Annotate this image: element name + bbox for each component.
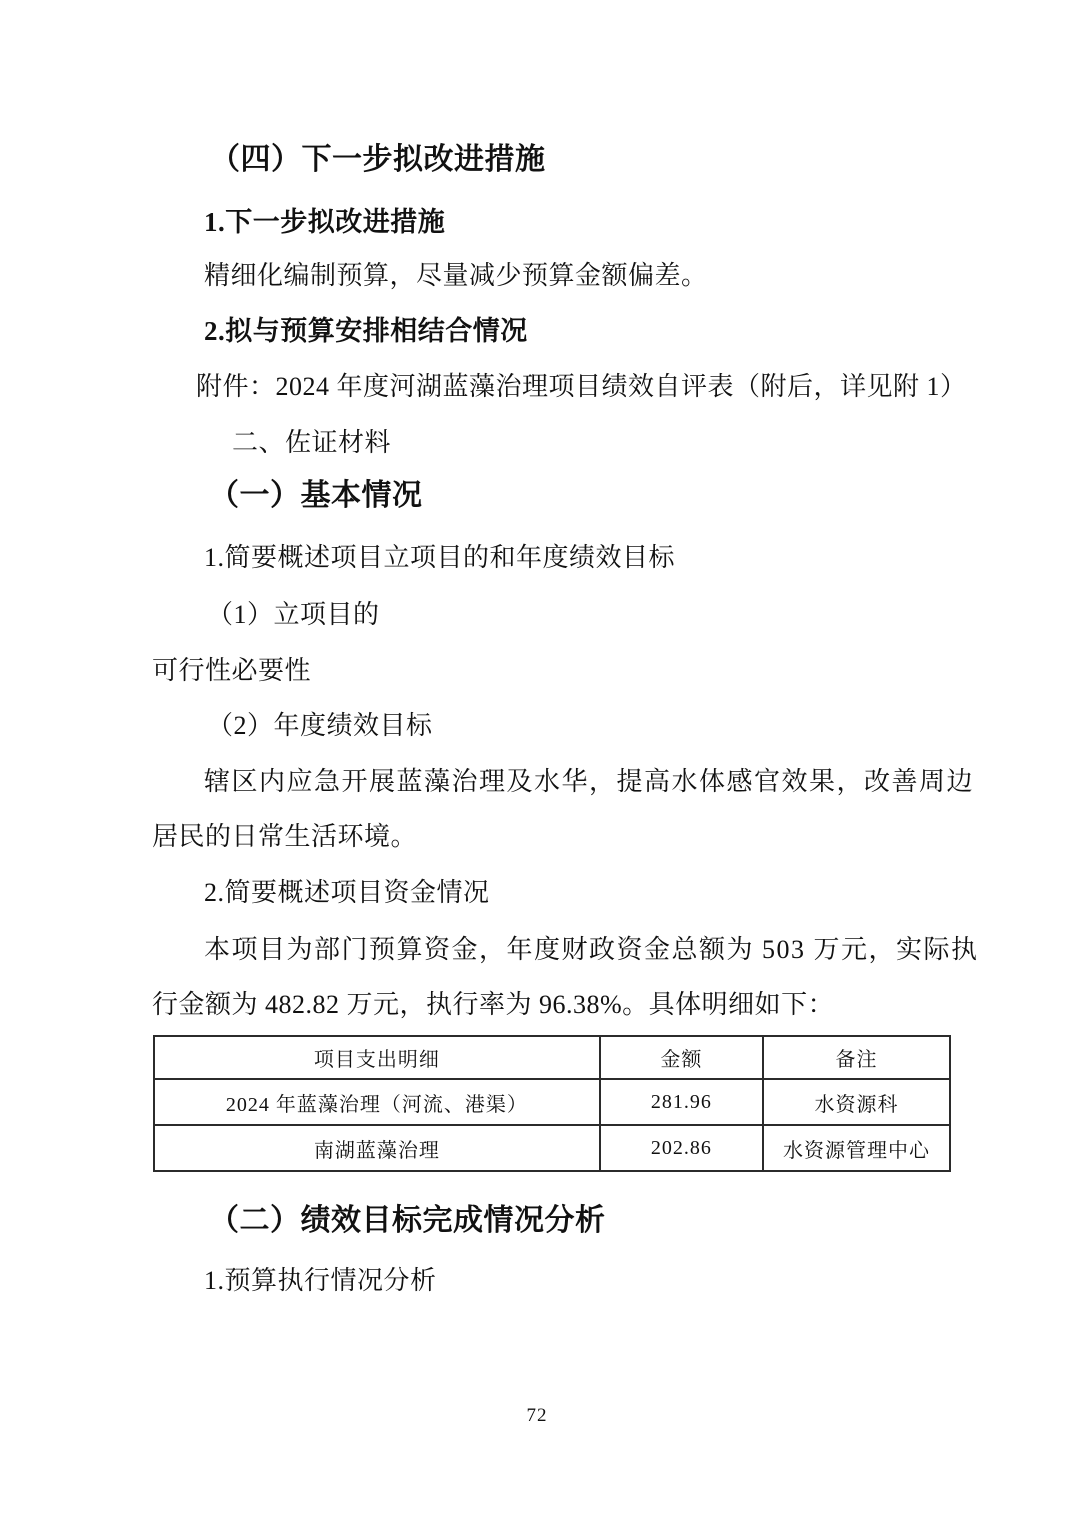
paragraph-budget-execution-analysis: 1.预算执行情况分析 xyxy=(204,1266,437,1296)
paragraph-goal-line2: 居民的日常生活环境。 xyxy=(152,822,417,852)
table-cell-note: 水资源管理中心 xyxy=(763,1125,950,1171)
paragraph-funding-overview-title: 2.简要概述项目资金情况 xyxy=(204,878,490,908)
table-row: 南湖蓝藻治理 202.86 水资源管理中心 xyxy=(154,1125,950,1171)
paragraph-funding-line2: 行金额为 482.82 万元，执行率为 96.38%。具体明细如下： xyxy=(152,990,834,1020)
paragraph-project-overview-title: 1.简要概述项目立项目的和年度绩效目标 xyxy=(204,543,675,573)
table-header-amount: 金额 xyxy=(600,1036,763,1079)
table-header-item: 项目支出明细 xyxy=(154,1036,600,1079)
table-header-note: 备注 xyxy=(763,1036,950,1079)
subheading-budget-combination: 2.拟与预算安排相结合情况 xyxy=(204,316,528,347)
paragraph-funding-line1: 本项目为部门预算资金，年度财政资金总额为 503 万元，实际执 xyxy=(204,935,979,965)
document-page: （四）下一步拟改进措施 1.下一步拟改进措施 精细化编制预算，尽量减少预算金额偏… xyxy=(0,0,1074,1520)
paragraph-attachment-note: 附件：2024 年度河湖蓝藻治理项目绩效自评表（附后，详见附 1） xyxy=(196,372,967,402)
heading-supporting-materials: 二、佐证材料 xyxy=(232,428,391,458)
table-header-row: 项目支出明细 金额 备注 xyxy=(154,1036,950,1079)
table-cell-item: 南湖蓝藻治理 xyxy=(154,1125,600,1171)
expense-detail-table: 项目支出明细 金额 备注 2024 年蓝藻治理（河流、港渠） 281.96 水资… xyxy=(153,1035,951,1172)
table-cell-amount: 202.86 xyxy=(600,1125,763,1171)
table-cell-item: 2024 年蓝藻治理（河流、港渠） xyxy=(154,1079,600,1125)
subheading-next-step-measures: 1.下一步拟改进措施 xyxy=(204,207,445,238)
paragraph-project-purpose: （1）立项目的 xyxy=(207,600,380,630)
paragraph-annual-performance-goal: （2）年度绩效目标 xyxy=(207,711,433,741)
table-cell-note: 水资源科 xyxy=(763,1079,950,1125)
paragraph-refine-budget: 精细化编制预算，尽量减少预算金额偏差。 xyxy=(204,261,708,291)
table-cell-amount: 281.96 xyxy=(600,1079,763,1125)
heading-performance-analysis: （二）绩效目标完成情况分析 xyxy=(209,1204,606,1239)
paragraph-goal-line1: 辖区内应急开展蓝藻治理及水华，提高水体感官效果，改善周边 xyxy=(204,767,974,797)
paragraph-feasibility: 可行性必要性 xyxy=(152,656,311,686)
page-number: 72 xyxy=(0,1405,1074,1427)
heading-basic-situation: （一）基本情况 xyxy=(209,479,423,514)
heading-next-step-measures: （四）下一步拟改进措施 xyxy=(210,143,546,178)
table-row: 2024 年蓝藻治理（河流、港渠） 281.96 水资源科 xyxy=(154,1079,950,1125)
